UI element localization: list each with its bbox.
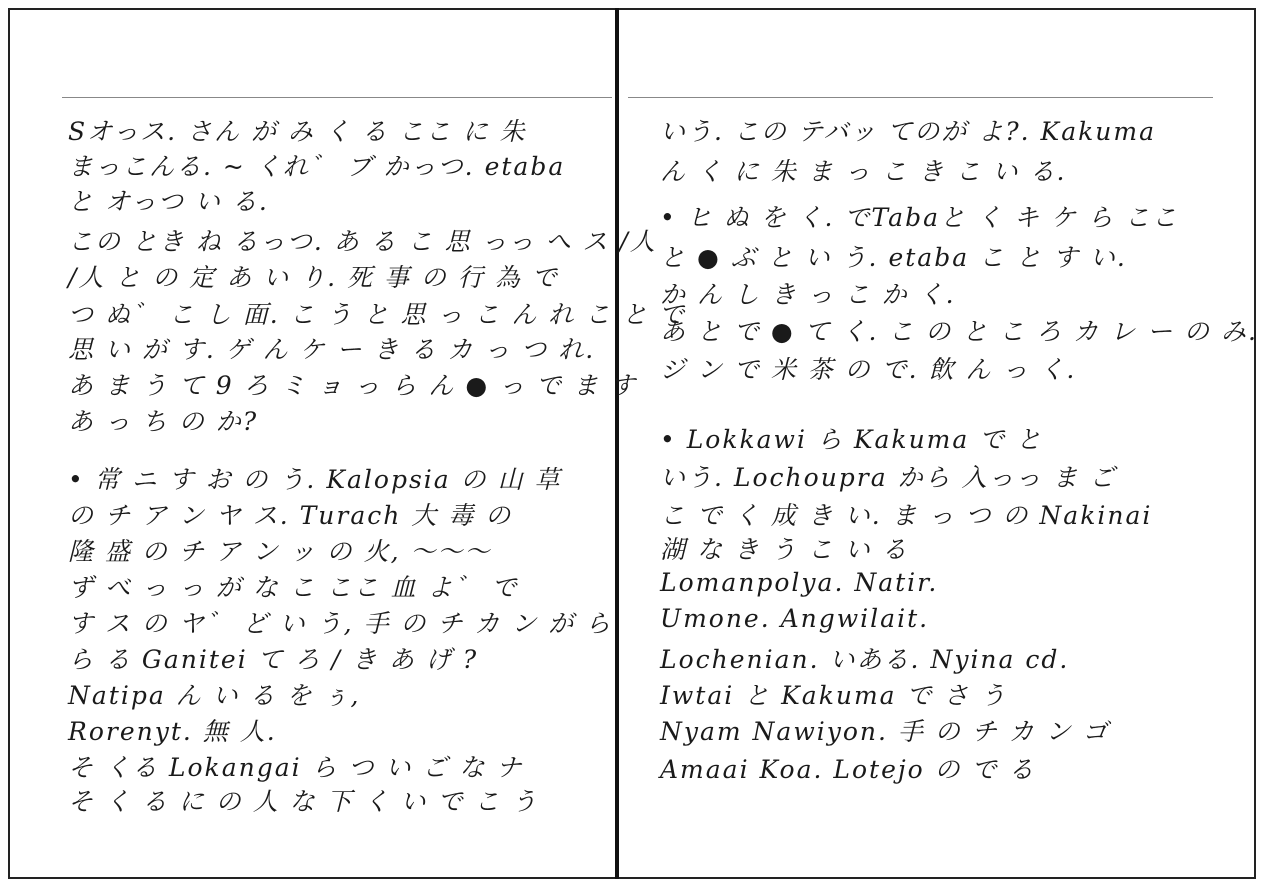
handwritten-line: この とき ね るっつ. あ る こ 思 っっ へ ス /人	[68, 222, 657, 258]
handwritten-line: と オっつ い る.	[68, 182, 269, 218]
handwritten-line: Amaai Koa. Lotejo の で る	[660, 750, 1036, 786]
handwritten-line: Umone. Angwilait.	[660, 604, 929, 633]
handwritten-line: /人 と の 定 あ い り. 死 事 の 行 為 で	[68, 258, 559, 294]
handwritten-line: あ っ ち の か?	[68, 402, 258, 438]
handwritten-line: ら る Ganitei て ろ / き あ げ ?	[68, 640, 478, 676]
handwritten-line: いう. この テバッ てのが よ?. Kakuma	[660, 112, 1156, 148]
handwritten-line: Natipa ん い る を ぅ,	[68, 676, 360, 712]
handwritten-line: Sオっス. さん が み く る ここ に 朱	[68, 112, 527, 148]
handwritten-line: Lomanpolya. Natir.	[660, 568, 938, 597]
handwritten-line: • ヒ ぬ を く. でTabaと く キ ケ ら ここ	[660, 198, 1179, 234]
handwritten-line: つ ぬ゛ こ し 面. こ う と 思 っ こ ん れ こ と で	[68, 295, 686, 331]
handwritten-line: ん く に 朱 ま っ こ き こ い る.	[660, 152, 1066, 188]
handwritten-line: 思 い が す. ゲ ん ケ ー き る カ っ つ れ.	[68, 330, 595, 366]
handwritten-line: いう. Lochoupra から 入っっ ま ご	[660, 458, 1116, 494]
handwritten-line: ず べ っ っ が な こ ここ 血 よ゛ で	[68, 568, 518, 604]
right-page-top-rule	[628, 97, 1213, 98]
handwritten-line: Lochenian. いある. Nyina cd.	[660, 640, 1069, 676]
handwritten-line: と ● ぶ と い う. etaba こ と す い.	[660, 238, 1127, 274]
handwritten-line: こ で く 成 き い. ま っ つ の Nakinai	[660, 496, 1152, 532]
handwritten-line: • Lokkawi ら Kakuma で と	[660, 420, 1043, 456]
handwritten-line: Nyam Nawiyon. 手 の チ カ ン ゴ	[660, 712, 1110, 748]
handwritten-line: の チ ア ン ヤ ス. Turach 大 毒 の	[68, 496, 512, 532]
handwritten-line: 隆 盛 の チ ア ン ッ の 火, 〜〜〜	[68, 532, 491, 568]
handwritten-line: あ と で ● て く. こ の と こ ろ カ レ ー の み.	[660, 312, 1258, 348]
handwritten-line: 湖 な き う こ い る	[660, 530, 909, 566]
handwritten-line: す ス の ヤ゛ ど い う, 手 の チ カ ン が ら	[68, 604, 612, 640]
handwritten-line: まっこんる. ~ くれ゛ ブ かっつ. etaba	[68, 147, 565, 183]
handwritten-line: そ くる Lokangai ら つ い ご な ナ	[68, 748, 523, 784]
handwritten-line: Rorenyt. 無 人.	[68, 712, 277, 748]
handwritten-line: Iwtai と Kakuma で さ う	[660, 676, 1007, 712]
notebook-spine	[615, 8, 619, 879]
handwritten-line: か ん し き っ こ か く.	[660, 275, 956, 311]
handwritten-line: あ ま う て 9 ろ ミ ョ っ ら ん ● っ で ま す	[68, 366, 637, 402]
left-page-top-rule	[62, 97, 612, 98]
handwritten-line: ジ ン で 米 茶 の で. 飲 ん っ く.	[660, 350, 1076, 386]
handwritten-line: そ く る に の 人 な 下 く い で こ う	[68, 782, 538, 818]
handwritten-line: • 常 ニ す お の う. Kalopsia の 山 草	[68, 460, 562, 496]
